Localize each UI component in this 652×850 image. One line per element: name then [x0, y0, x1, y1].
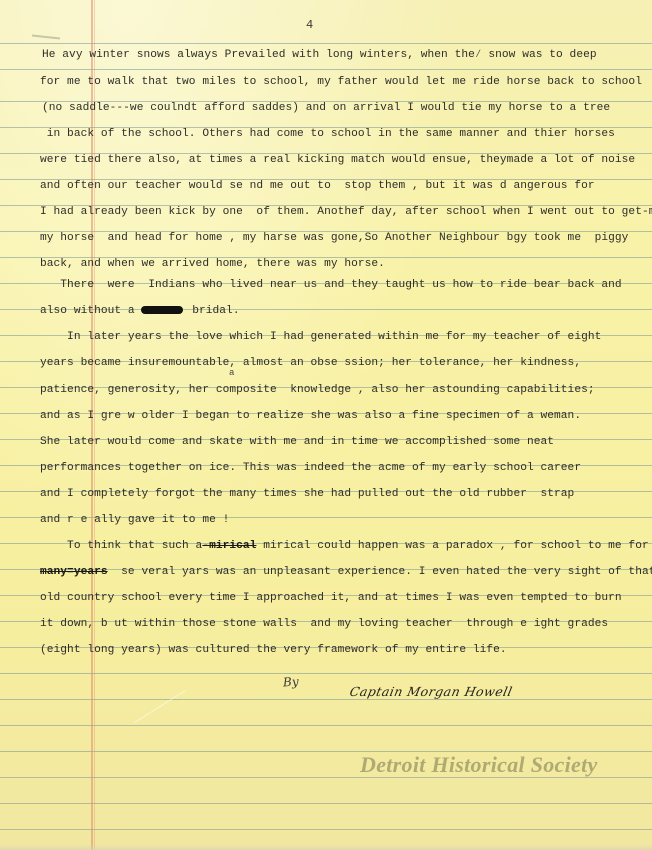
text-line: (no saddle---we coulndt afford saddes) a… — [42, 101, 610, 115]
text-line: old country school every time I approach… — [40, 591, 622, 605]
text-line: I had already been kick by one of them. … — [40, 205, 652, 219]
page-number: 4 — [306, 18, 313, 32]
text-line: He avy winter snows always Prevailed wit… — [42, 48, 597, 62]
text-line: She later would come and skate with me a… — [40, 435, 554, 449]
signature-by: By — [283, 674, 300, 689]
text-fragment: mirical could happen was a paradox , for… — [256, 540, 648, 552]
watermark: Detroit Historical Society — [360, 752, 598, 778]
text-line: years became insuremountable, almost an … — [40, 356, 581, 370]
struck-text: many=years — [40, 566, 108, 578]
text-line: To think that such a-mirical mirical cou… — [40, 539, 649, 553]
text-fragment: To think that such a — [40, 540, 202, 552]
text-line: and I completely forgot the many times s… — [40, 487, 574, 501]
text-line: and often our teacher would se nd me out… — [40, 179, 595, 193]
handwritten-signature: Captain Morgan Howell — [348, 684, 514, 699]
text-line: In later years the love which I had gene… — [40, 330, 601, 344]
text-line: and r e ally gave it to me ! — [40, 513, 229, 527]
text-line: it down, b ut within those stone walls a… — [40, 617, 608, 631]
text-line: my horse and head for home , my harse wa… — [40, 231, 628, 245]
text-line: and as I gre w older I began to realize … — [40, 409, 581, 423]
text-line: performances together on ice. This was i… — [40, 461, 581, 475]
text-line: were tied there also, at times a real ki… — [40, 153, 635, 167]
text-fragment: se veral yars was an unpleasant experien… — [108, 566, 652, 578]
text-line: (eight long years) was cultured the very… — [40, 643, 507, 657]
text-fragment: also without a — [40, 305, 135, 317]
text-line: back, and when we arrived home, there wa… — [40, 257, 385, 271]
interlinear-correction: a — [229, 368, 234, 378]
struck-text: -mirical — [202, 540, 256, 552]
redaction-blot — [141, 306, 183, 314]
text-line: also without a bridal. — [40, 304, 240, 318]
paper-bottom-edge — [0, 844, 652, 850]
text-line: There were Indians who lived near us and… — [40, 278, 622, 292]
text-line: in back of the school. Others had come t… — [40, 127, 615, 141]
text-line: patience, generosity, her composite know… — [40, 383, 595, 397]
text-fragment: bridal. — [185, 305, 239, 317]
text-line: for me to walk that two miles to school,… — [40, 75, 642, 89]
text-line: many=years se veral yars was an unpleasa… — [40, 565, 652, 579]
